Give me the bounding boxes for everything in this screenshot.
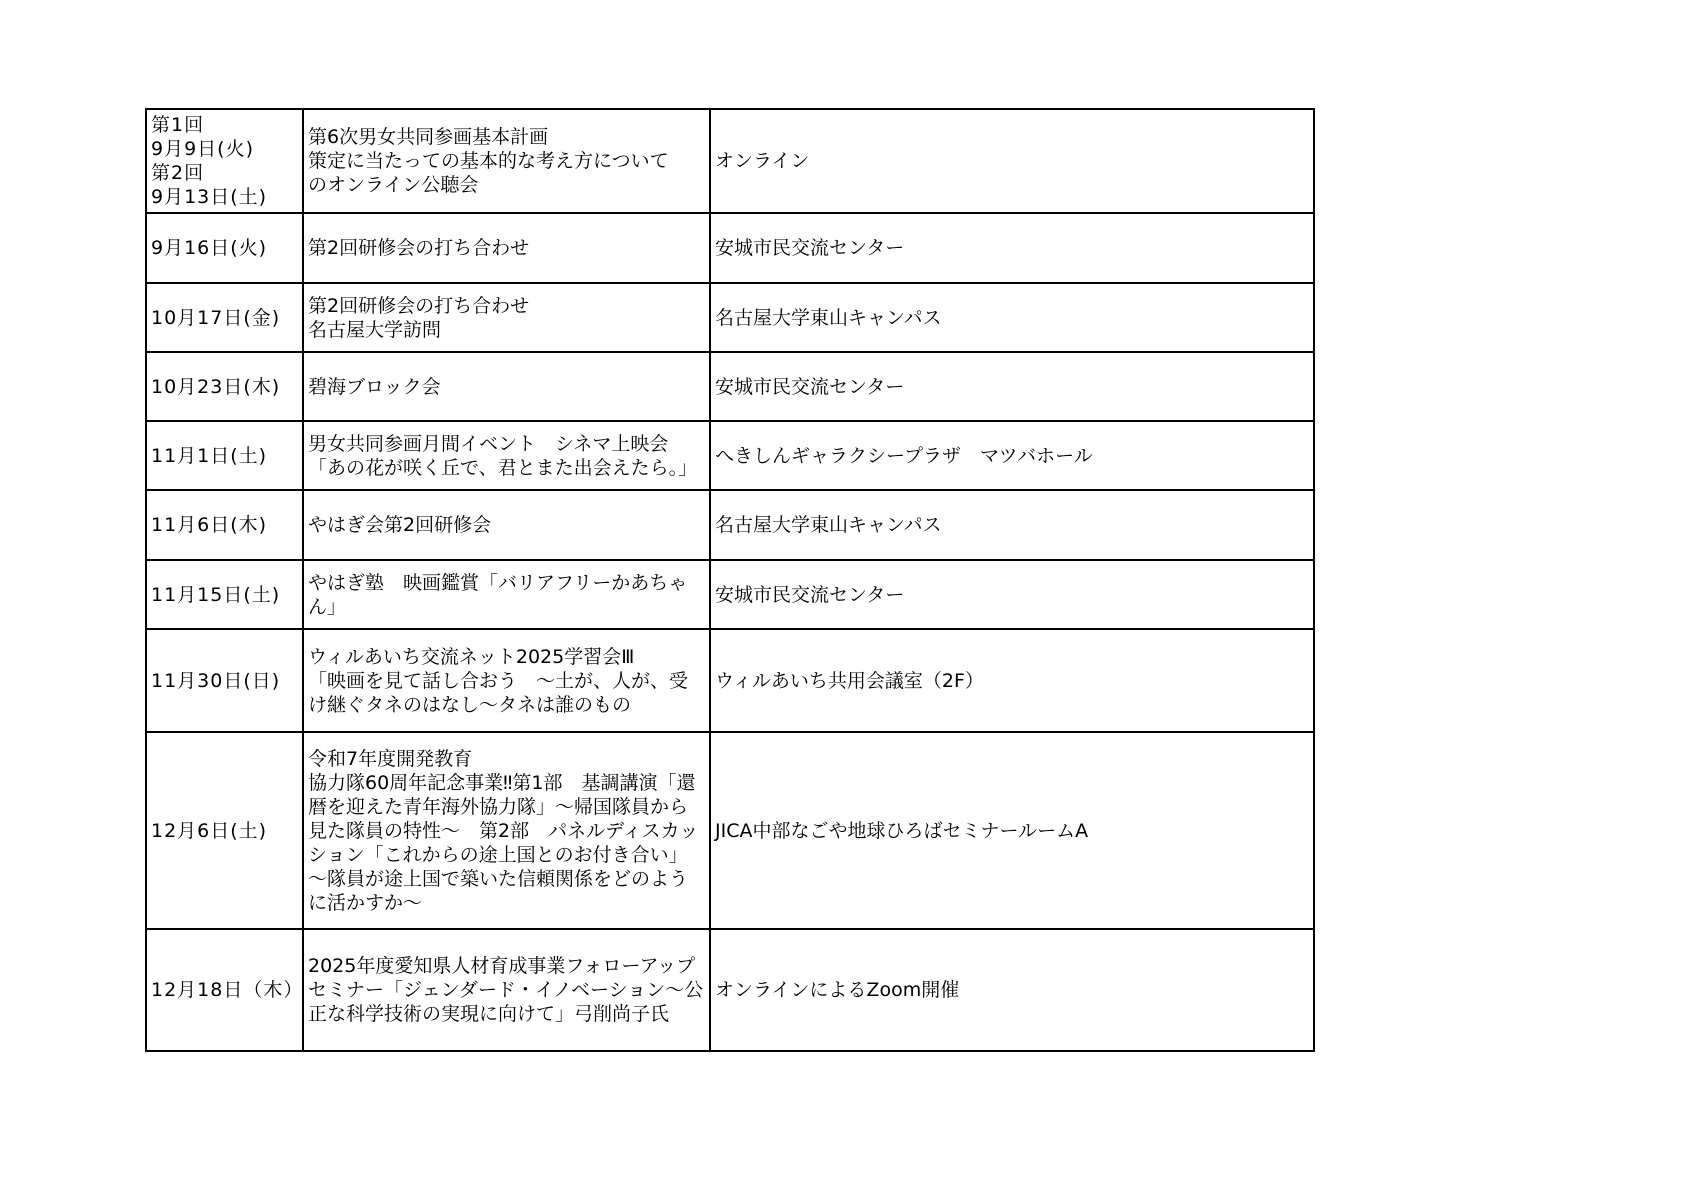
table-row: 11月30日(日) ウィルあいち交流ネット2025学習会Ⅲ 「映画を見て話し合お… <box>146 629 1314 732</box>
place-cell: へきしんギャラクシープラザ マツバホール <box>710 421 1314 490</box>
event-cell: 第6次男女共同参画基本計画 策定に当たっての基本的な考え方について のオンライン… <box>303 109 710 213</box>
table-row: 11月1日(土) 男女共同参画月間イベント シネマ上映会 「あの花が咲く丘で、君… <box>146 421 1314 490</box>
table-row: 12月6日(土) 令和7年度開発教育 協力隊60周年記念事業‼第1部 基調講演「… <box>146 732 1314 929</box>
table-row: 第1回 9月9日(火) 第2回 9月13日(土) 第6次男女共同参画基本計画 策… <box>146 109 1314 213</box>
date-cell: 12月6日(土) <box>146 732 303 929</box>
table-row: 10月23日(木) 碧海ブロック会 安城市民交流センター <box>146 352 1314 421</box>
event-cell: やはぎ会第2回研修会 <box>303 490 710 560</box>
schedule-table: 第1回 9月9日(火) 第2回 9月13日(土) 第6次男女共同参画基本計画 策… <box>145 108 1315 1052</box>
event-cell: 令和7年度開発教育 協力隊60周年記念事業‼第1部 基調講演「還暦を迎えた青年海… <box>303 732 710 929</box>
table-row: 10月17日(金) 第2回研修会の打ち合わせ 名古屋大学訪問 名古屋大学東山キャ… <box>146 283 1314 352</box>
table-row: 11月15日(土) やはぎ塾 映画鑑賞「バリアフリーかあちゃん」 安城市民交流セ… <box>146 560 1314 629</box>
place-cell: 安城市民交流センター <box>710 213 1314 283</box>
event-cell: 碧海ブロック会 <box>303 352 710 421</box>
place-cell: オンライン <box>710 109 1314 213</box>
place-cell: オンラインによるZoom開催 <box>710 929 1314 1051</box>
place-cell: 安城市民交流センター <box>710 352 1314 421</box>
date-cell: 10月17日(金) <box>146 283 303 352</box>
table-row: 9月16日(火) 第2回研修会の打ち合わせ 安城市民交流センター <box>146 213 1314 283</box>
date-cell: 12月18日（木） <box>146 929 303 1051</box>
date-cell: 11月30日(日) <box>146 629 303 732</box>
event-cell: 第2回研修会の打ち合わせ 名古屋大学訪問 <box>303 283 710 352</box>
date-cell: 11月1日(土) <box>146 421 303 490</box>
place-cell: 名古屋大学東山キャンパス <box>710 283 1314 352</box>
date-cell: 10月23日(木) <box>146 352 303 421</box>
place-cell: 安城市民交流センター <box>710 560 1314 629</box>
table-row: 11月6日(木) やはぎ会第2回研修会 名古屋大学東山キャンパス <box>146 490 1314 560</box>
date-cell: 11月6日(木) <box>146 490 303 560</box>
date-cell: 11月15日(土) <box>146 560 303 629</box>
place-cell: ウィルあいち共用会議室（2F） <box>710 629 1314 732</box>
place-cell: JICA中部なごや地球ひろばセミナールームA <box>710 732 1314 929</box>
event-cell: ウィルあいち交流ネット2025学習会Ⅲ 「映画を見て話し合おう ～土が、人が、受… <box>303 629 710 732</box>
event-cell: 男女共同参画月間イベント シネマ上映会 「あの花が咲く丘で、君とまた出会えたら。… <box>303 421 710 490</box>
event-cell: 第2回研修会の打ち合わせ <box>303 213 710 283</box>
date-cell: 第1回 9月9日(火) 第2回 9月13日(土) <box>146 109 303 213</box>
date-cell: 9月16日(火) <box>146 213 303 283</box>
place-cell: 名古屋大学東山キャンパス <box>710 490 1314 560</box>
event-cell: やはぎ塾 映画鑑賞「バリアフリーかあちゃん」 <box>303 560 710 629</box>
event-cell: 2025年度愛知県人材育成事業フォローアップセミナー「ジェンダード・イノベーショ… <box>303 929 710 1051</box>
table-row: 12月18日（木） 2025年度愛知県人材育成事業フォローアップセミナー「ジェン… <box>146 929 1314 1051</box>
